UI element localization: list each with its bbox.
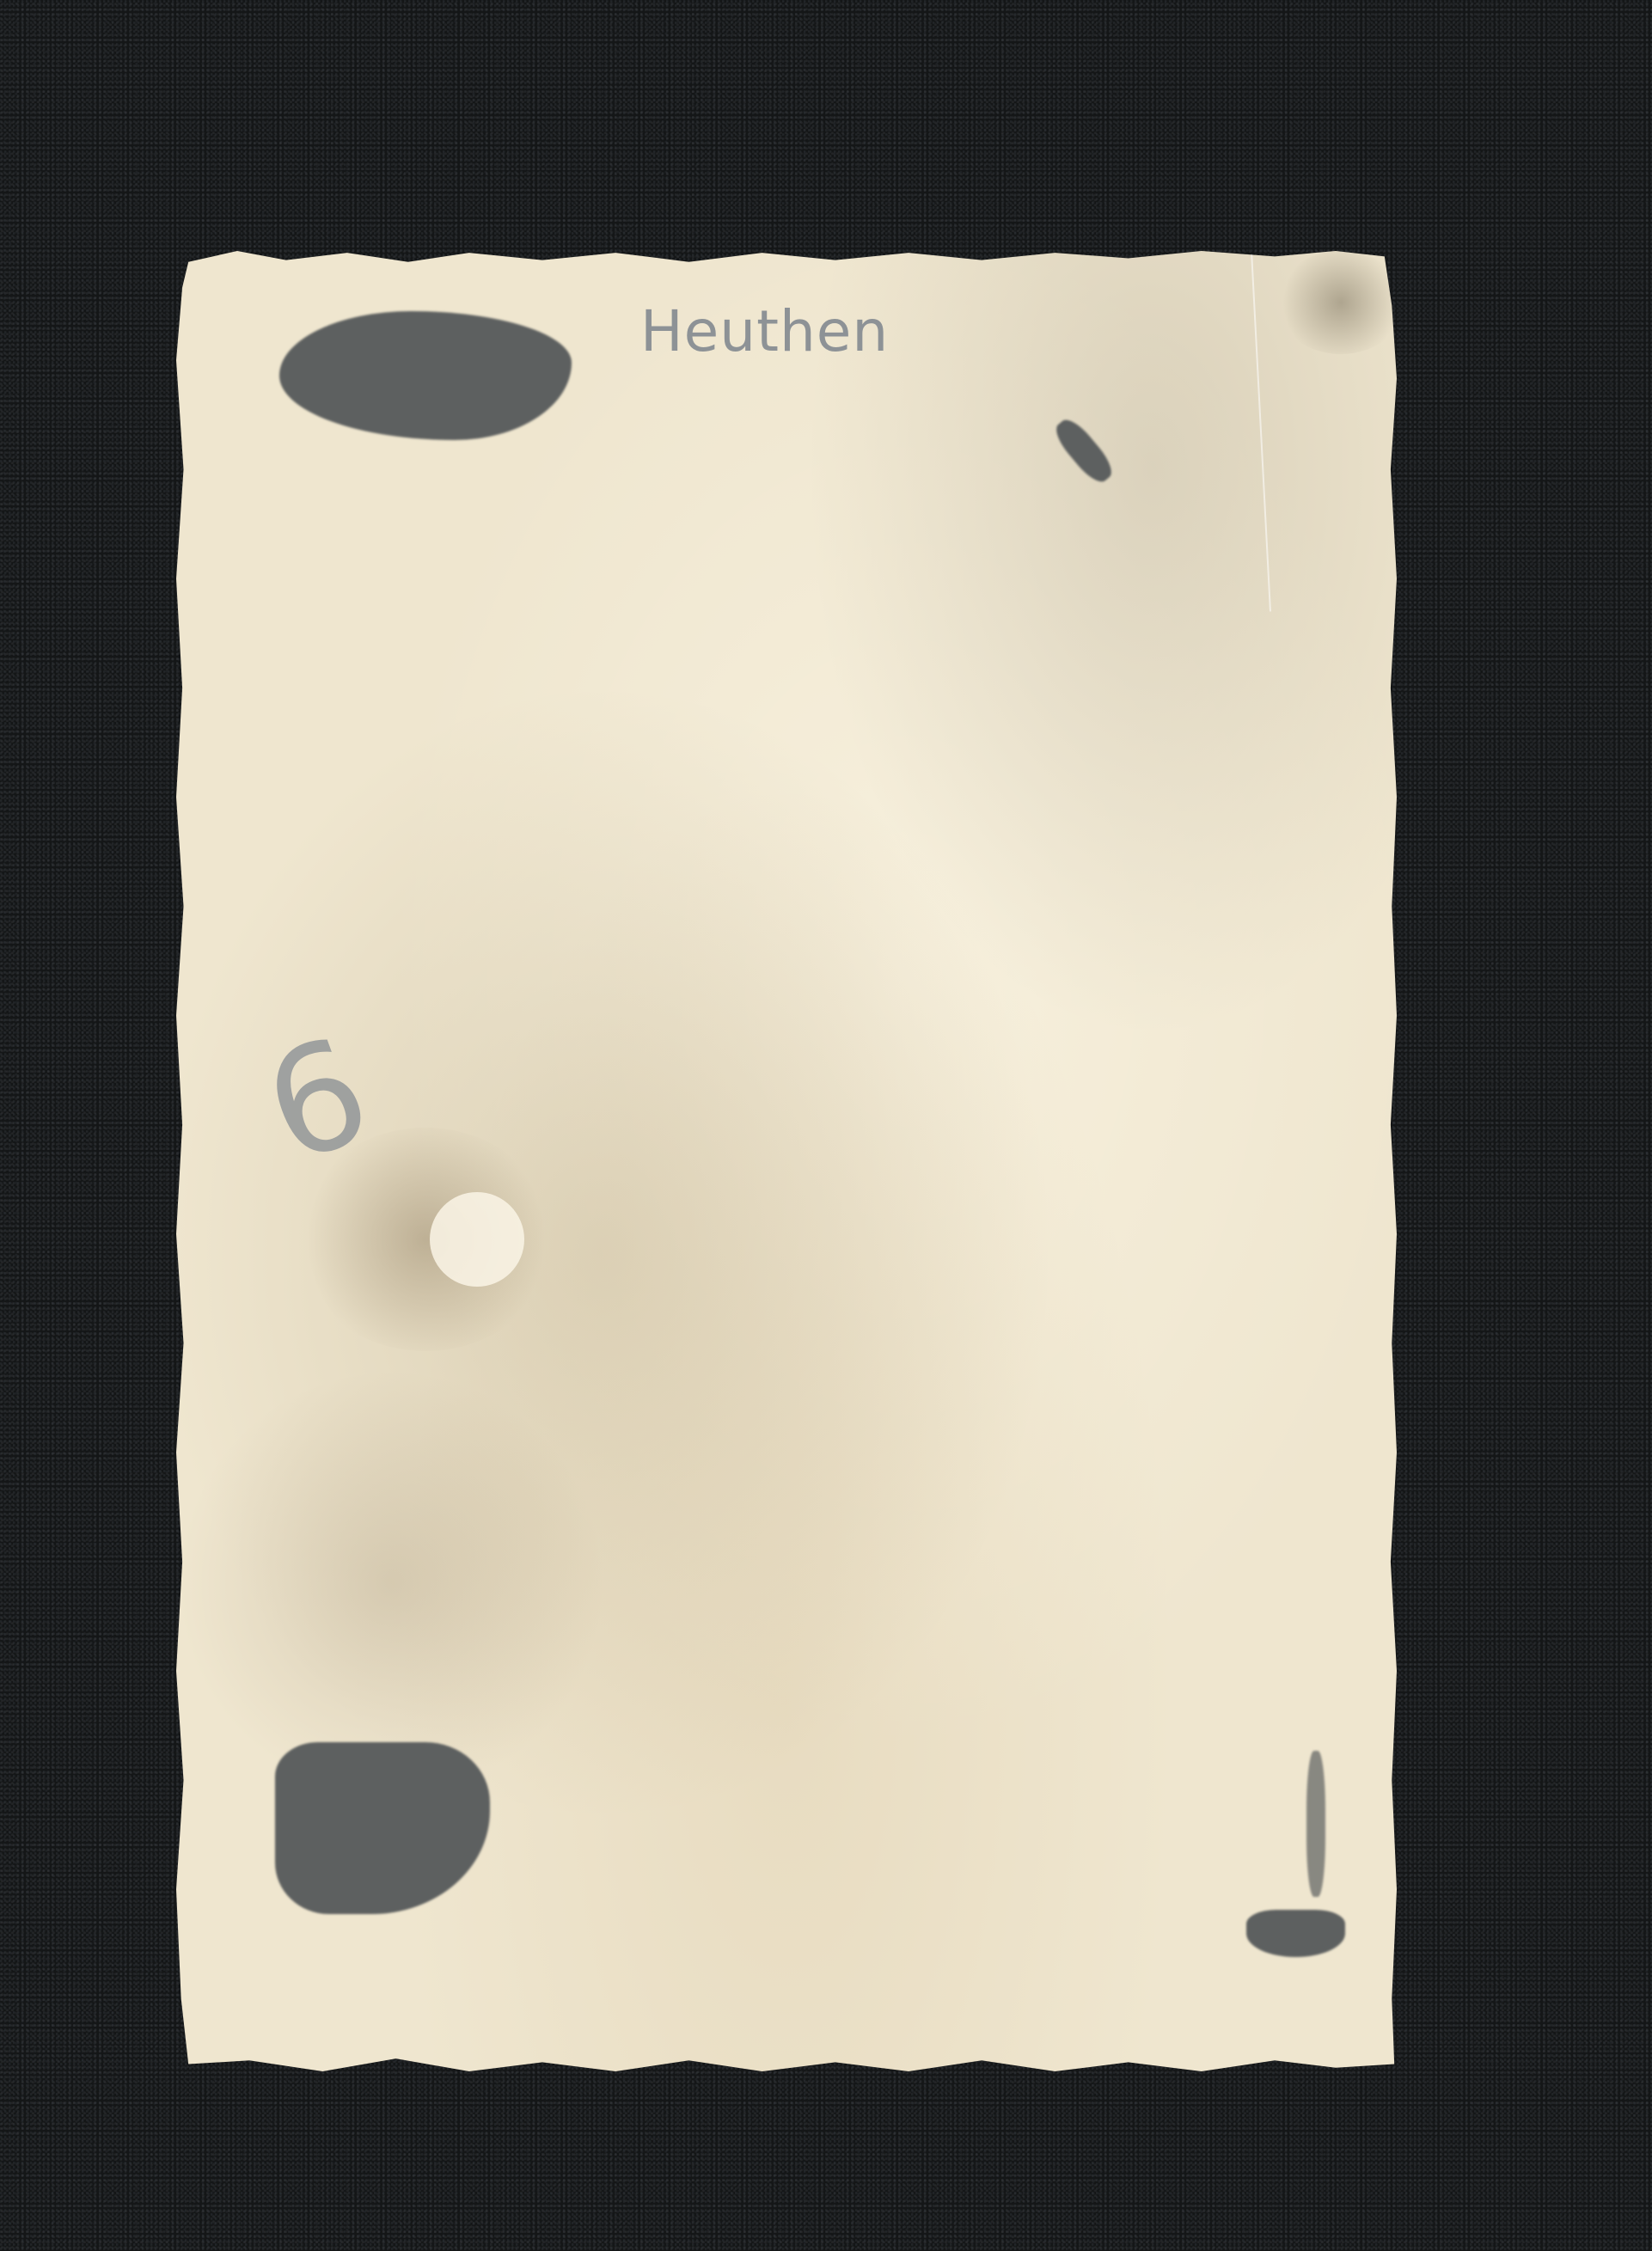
mounting-residue-top-left	[279, 311, 572, 440]
photo-back-paper: Heuthen 6	[176, 251, 1397, 2071]
mounting-residue-bottom-left	[275, 1742, 490, 1914]
paper-crease	[1251, 251, 1271, 612]
mounting-residue-top-right	[1049, 414, 1117, 488]
light-circle-spot	[430, 1192, 524, 1287]
mounting-residue-bottom-right-trail	[1306, 1751, 1325, 1897]
corner-dirt	[1276, 251, 1405, 354]
mounting-residue-bottom-right	[1246, 1910, 1345, 1957]
foxing-stain	[176, 1368, 606, 1798]
pencil-inscription-heuthen: Heuthen	[640, 298, 889, 364]
pencil-number-six: 6	[244, 1005, 389, 1196]
